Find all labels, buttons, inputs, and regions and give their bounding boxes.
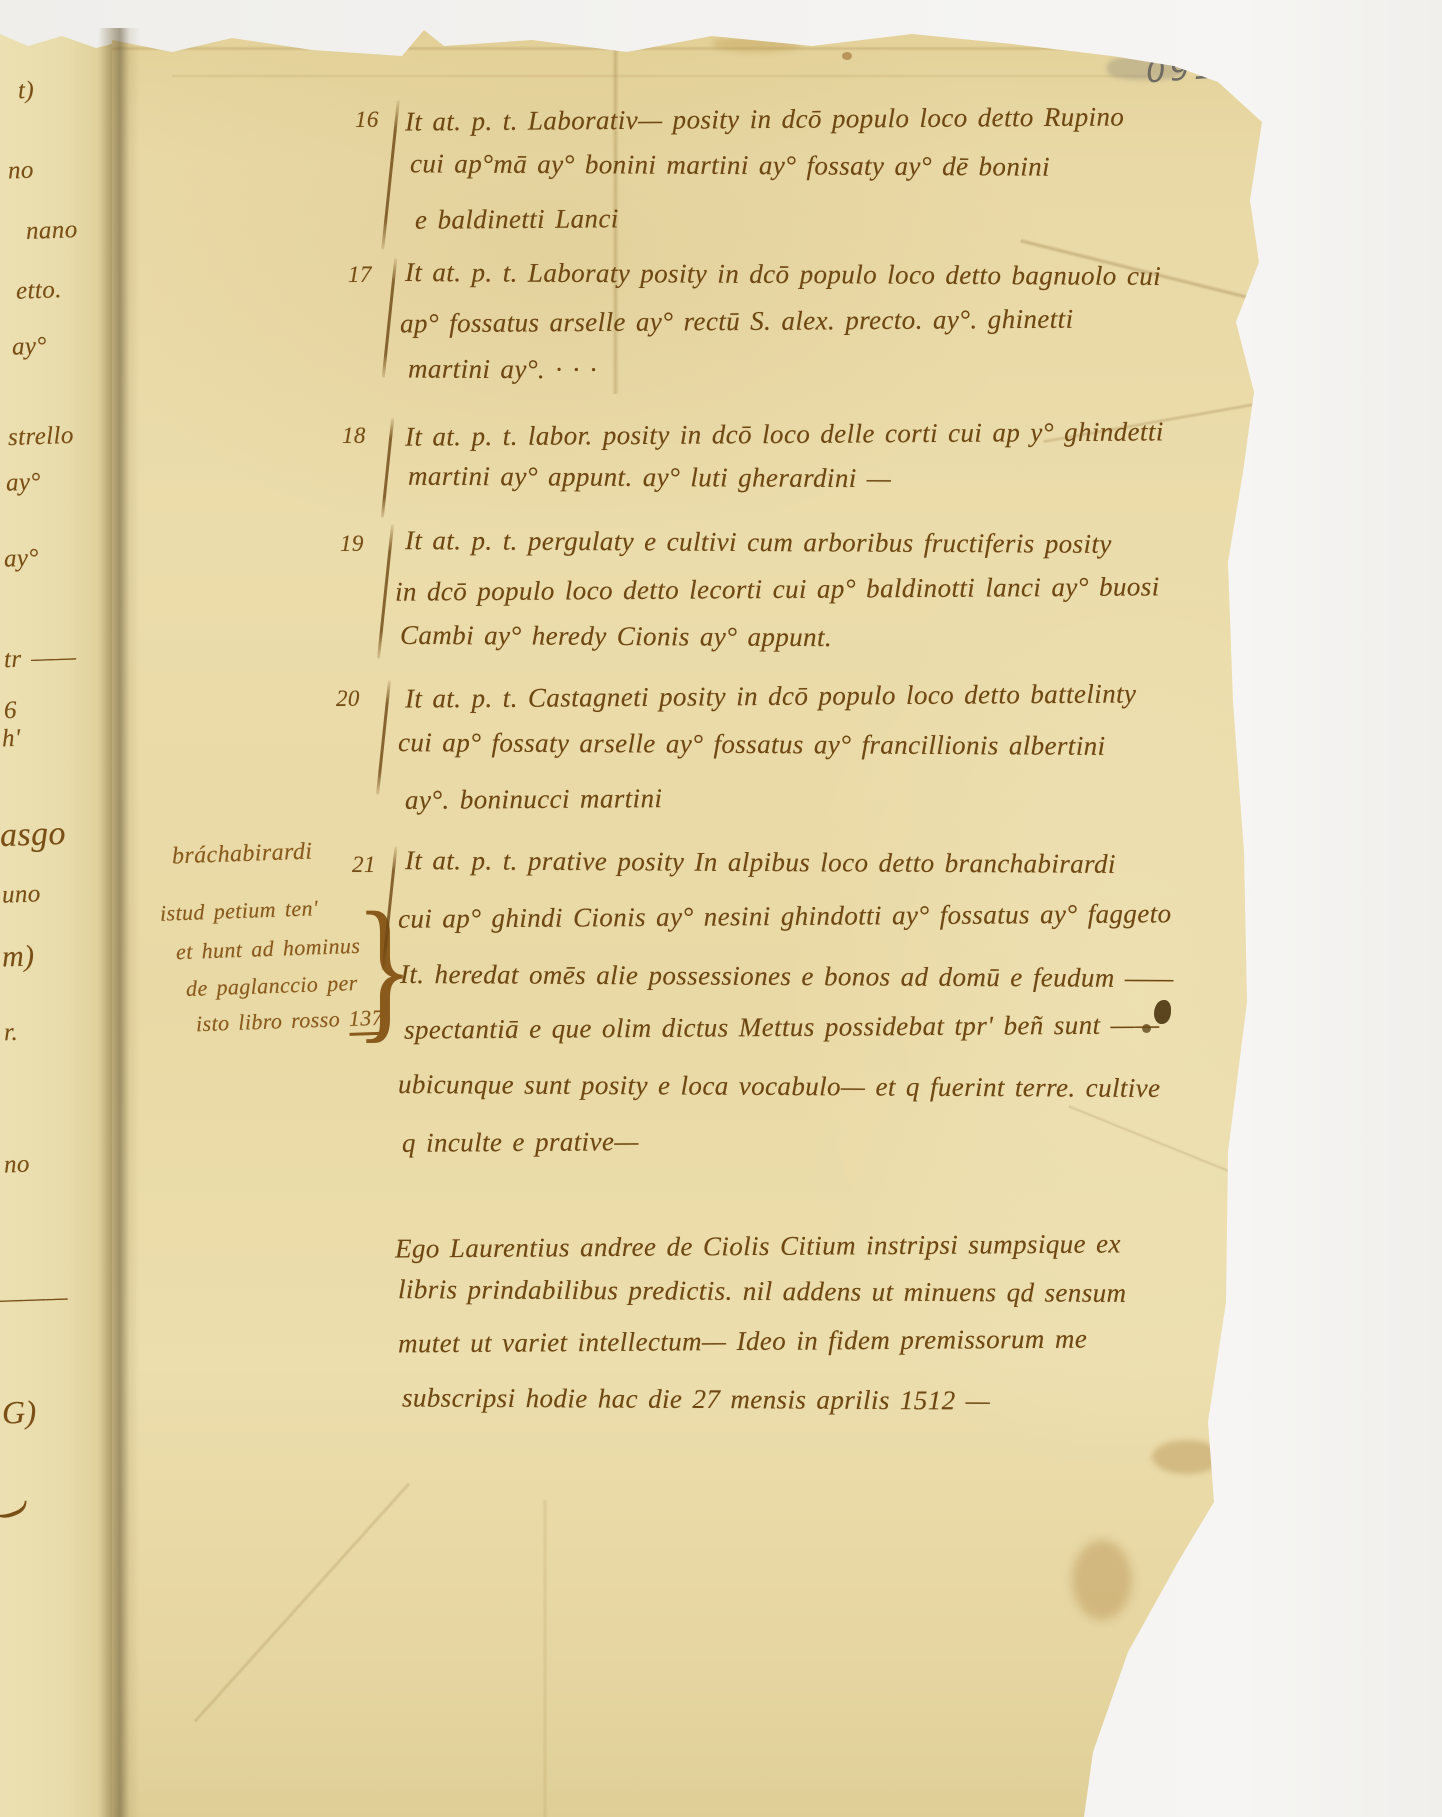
left-page-fragment: G): [1, 1395, 37, 1428]
entry-17-bar: [382, 258, 398, 378]
entry-21-line: cui ap° ghindi Cionis ay° nesini ghindot…: [398, 900, 1172, 932]
entry-20-line: cui ap° fossaty arselle ay° fossatus ay°…: [398, 729, 1106, 760]
paper-stain: [842, 52, 852, 60]
left-page-fragment: m): [1, 941, 34, 972]
entry-20-line: ay°. boninucci martini: [405, 785, 662, 814]
manuscript-page: 091 16 It at. p. t. Laborativ— posity in…: [112, 0, 1277, 1817]
closing-line: Ego Laurentius andree de Ciolis Citium i…: [395, 1230, 1121, 1262]
manuscript-scan: { "page_number": "091", "entries": [ { "…: [0, 0, 1442, 1817]
entry-21-line: q inculte e prative—: [402, 1128, 639, 1157]
entry-17-line: martini ay°. · · ·: [408, 356, 597, 384]
margin-note-text: isto libro rosso: [196, 1006, 341, 1036]
entry-16-bar: [381, 100, 400, 249]
crease: [1068, 1105, 1246, 1180]
entry-19-line: Cambi ay° heredy Cionis ay° appunt.: [400, 622, 832, 651]
entry-19-bar: [377, 524, 394, 659]
entry-16-line: It at. p. t. Laborativ— posity in dcō po…: [405, 103, 1124, 135]
left-page-fragment: r.: [4, 1020, 19, 1045]
closing-line: subscripsi hodie hac die 27 mensis april…: [402, 1384, 990, 1414]
crease: [193, 1482, 411, 1723]
entry-20-bar: [376, 680, 391, 795]
entry-17-line: It at. p. t. Laboraty posity in dcō popu…: [405, 259, 1161, 290]
page-number: 091: [1145, 50, 1219, 91]
left-page-fragment: ay°: [12, 333, 48, 359]
margin-note-line: et hunt ad hominus: [176, 935, 361, 963]
left-facing-page-edge: t) no nano etto. ay° strello ay° ay° tr …: [0, 0, 120, 1817]
left-page-fragment: etto.: [16, 277, 63, 304]
entry-17-line: ap° fossatus arselle ay° rectū S. alex. …: [400, 306, 1074, 338]
left-page-fragment: t): [18, 78, 35, 104]
entry-20-number: 20: [336, 687, 360, 710]
entry-18-number: 18: [342, 424, 366, 447]
entry-18-line: martini ay° appunt. ay° luti gherardini …: [408, 463, 891, 493]
left-page-fragment: ay°: [6, 469, 42, 495]
entry-18-line: It at. p. t. labor. posity in dcō loco d…: [405, 418, 1164, 450]
closing-line: libris prindabilibus predictis. nil adde…: [398, 1276, 1127, 1307]
crease: [542, 1500, 548, 1817]
entry-21-line: spectantiā e que olim dictus Mettus poss…: [404, 1011, 1160, 1043]
left-page-fragment: no: [4, 1152, 31, 1178]
entry-20-line: It at. p. t. Castagneti posity in dcō po…: [405, 680, 1136, 712]
closing-line: mutet ut variet intellectum— Ideo in fid…: [398, 1326, 1087, 1358]
entry-21-number: 21: [352, 853, 376, 876]
entry-16-line: e baldinetti Lanci: [415, 205, 619, 233]
crease: [172, 74, 1152, 78]
entry-16-line: cui ap°mā ay° bonini martini ay° fossaty…: [410, 150, 1050, 180]
left-page-fragment: strello: [8, 423, 75, 450]
margin-note-line: istud petium ten': [160, 897, 319, 925]
paper-stain: [1072, 1540, 1132, 1620]
entry-17-number: 17: [348, 263, 372, 286]
entry-19-number: 19: [340, 532, 364, 555]
paper-stain: [1152, 1440, 1222, 1474]
left-page-fragment: no: [8, 158, 35, 184]
left-page-fragment: ay°: [4, 545, 40, 571]
left-page-fragment: h': [2, 726, 22, 752]
left-page-fragment: asgo: [0, 817, 66, 853]
margin-note-line: bráchabirardi: [172, 840, 313, 869]
paper-stain: [712, 36, 802, 52]
left-page-fragment: 6: [4, 698, 18, 723]
entry-21-line: ubicunque sunt posity e loca vocabulo— e…: [398, 1071, 1161, 1102]
crease: [112, 46, 1212, 51]
left-page-fragment: uno: [2, 881, 42, 907]
entry-19-line: in dcō populo loco detto lecorti cui ap°…: [395, 573, 1160, 605]
entry-19-line: It at. p. t. pergulaty e cultivi cum arb…: [405, 527, 1112, 558]
left-page-fragment: ———: [0, 1285, 68, 1312]
left-page-fragment: ): [0, 1494, 36, 1526]
left-page-fragment: tr ——: [4, 645, 77, 673]
entry-16-number: 16: [355, 108, 379, 131]
entry-21-line: It at. p. t. prative posity In alpibus l…: [405, 847, 1116, 878]
entry-21-line: It. heredat omēs alie possessiones e bon…: [400, 961, 1174, 992]
entry-18-bar: [381, 418, 394, 518]
margin-note-line: de paglanccio per: [186, 972, 358, 1000]
left-page-fragment: nano: [26, 217, 78, 244]
